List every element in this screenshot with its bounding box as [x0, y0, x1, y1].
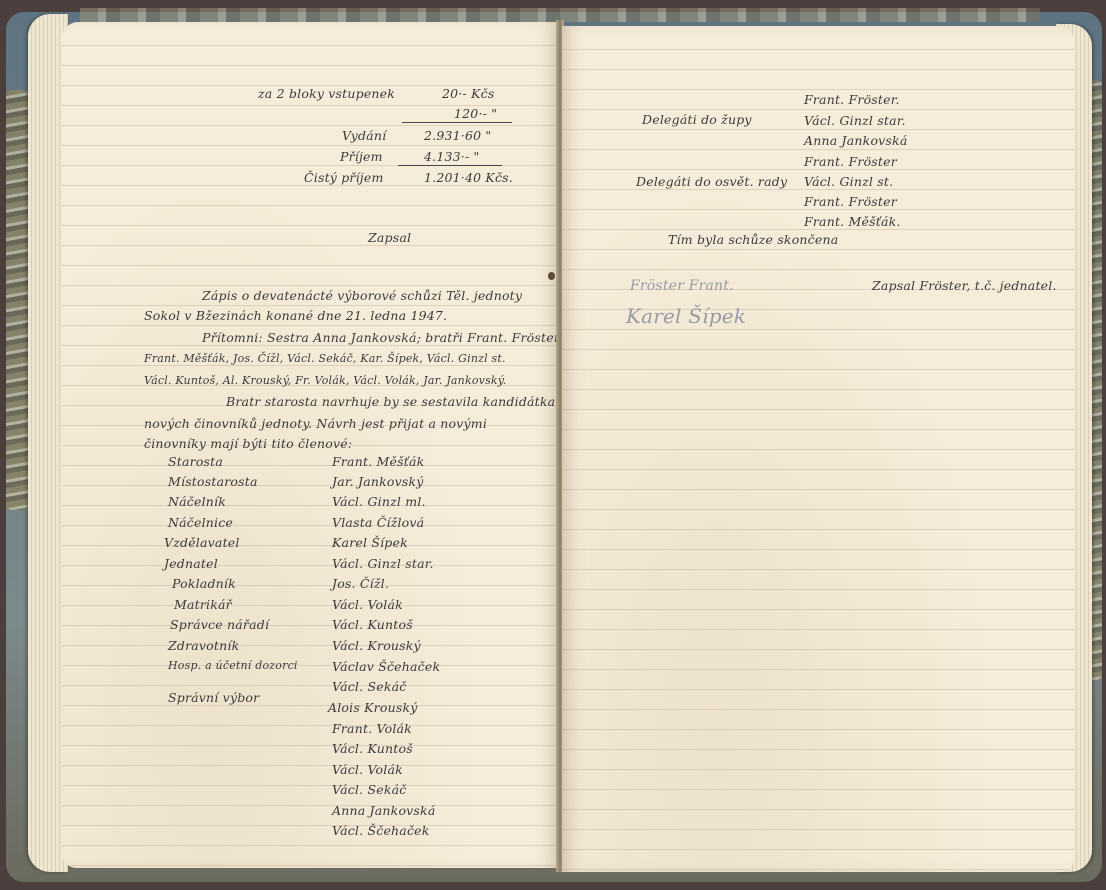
officer-name: Václav Ščehaček [332, 659, 440, 674]
minutes-line: Přítomni: Sestra Anna Jankovská; bratři … [202, 330, 558, 345]
committee-member: Václ. Ščehaček [332, 823, 430, 838]
officer-role: Místostarosta [168, 474, 258, 489]
minutes-line: nových činovníků jednoty. Návrh jest při… [144, 416, 487, 431]
minutes-line: Václ. Kuntoš, Al. Krouský, Fr. Volák, Vá… [144, 374, 506, 387]
net-income-amount: 1.201·40 Kčs. [424, 170, 513, 185]
delegate-name: Václ. Ginzl st. [804, 174, 893, 189]
committee-member: Václ. Volák [332, 762, 403, 777]
committee-member: Anna Jankovská [332, 803, 435, 818]
net-income-label: Čistý příjem [304, 170, 384, 185]
officer-role: Pokladník [172, 576, 236, 591]
officer-name: Frant. Měšťák [332, 454, 424, 469]
right-page: Delegáti do župy Frant. Fröster. Václ. G… [562, 26, 1074, 872]
subtotal-amount: 120·- " [454, 106, 497, 121]
officer-name: Vlasta Čížlová [332, 515, 424, 530]
committee-member: Václ. Kuntoš [332, 741, 413, 756]
officer-name: Jar. Jankovský [332, 474, 424, 489]
minutes-line: činovníky mají býti tito členové: [144, 436, 352, 451]
committee-member: Václ. Sekáč [332, 782, 406, 797]
committee-member: Frant. Volák [332, 721, 412, 736]
sum-line [398, 165, 502, 166]
minutes-line: Frant. Měšťák, Jos. Čížl, Václ. Sekáč, K… [144, 352, 506, 365]
officer-role: Vzdělavatel [164, 535, 240, 550]
income-amount: 4.133·- " [424, 149, 480, 164]
income-label: Příjem [340, 149, 383, 164]
officer-name: Václ. Ginzl star. [332, 556, 434, 571]
delegate-name: Anna Jankovská [804, 133, 907, 148]
officer-role: Náčelník [168, 494, 226, 509]
officer-role: Zdravotník [168, 638, 239, 653]
delegate-name: Frant. Fröster [804, 154, 897, 169]
delegates-label: Delegáti do župy [642, 112, 752, 127]
officer-role: Hosp. a účetní dozorci [168, 659, 298, 672]
officer-name: Karel Šípek [332, 535, 408, 550]
officer-name: Václ. Krouský [332, 638, 421, 653]
committee-label: Správní výbor [168, 690, 259, 705]
officer-role: Starosta [168, 454, 223, 469]
cover-edge-wear [6, 90, 28, 510]
entry-amount: 20·- Kčs [442, 86, 494, 101]
signature: Fröster Frant. [630, 278, 734, 294]
officer-role: Matrikář [174, 597, 232, 612]
officer-name: Václ. Kuntoš [332, 617, 413, 632]
delegates-label: Delegáti do osvět. rady [636, 174, 787, 189]
recorded-by: Zapsal [368, 230, 411, 245]
entry-label: za 2 bloky vstupenek [258, 86, 395, 101]
officer-role: Náčelnice [168, 515, 233, 530]
officer-name: Václ. Sekáč [332, 679, 406, 694]
officer-name: Jos. Čížl. [332, 576, 389, 591]
ink-blot [548, 272, 555, 280]
recorder-line: Zapsal Fröster, t.č. jednatel. [872, 278, 1057, 293]
delegate-name: Frant. Fröster [804, 194, 897, 209]
officer-role: Jednatel [164, 556, 218, 571]
sum-line [402, 122, 512, 123]
closing-statement: Tím byla schůze skončena [668, 232, 838, 247]
delegate-name: Frant. Fröster. [804, 92, 900, 107]
committee-member: Alois Krouský [328, 700, 417, 715]
delegate-name: Frant. Měšťák. [804, 214, 901, 229]
expense-label: Vydání [342, 128, 386, 143]
signature: Karel Šípek [626, 304, 746, 328]
left-page: za 2 bloky vstupenek 20·- Kčs 120·- " Vy… [62, 22, 558, 868]
officer-role: Správce nářadí [170, 617, 269, 632]
officer-name: Václ. Ginzl ml. [332, 494, 426, 509]
officer-name: Václ. Volák [332, 597, 403, 612]
minutes-line: Zápis o devatenácté výborové schůzi Těl.… [202, 288, 522, 303]
minutes-line: Sokol v Bžezinách konané dne 21. ledna 1… [144, 308, 447, 323]
expense-amount: 2.931·60 " [424, 128, 491, 143]
minutes-line: Bratr starosta navrhuje by se sestavila … [226, 394, 555, 409]
delegate-name: Václ. Ginzl star. [804, 113, 906, 128]
